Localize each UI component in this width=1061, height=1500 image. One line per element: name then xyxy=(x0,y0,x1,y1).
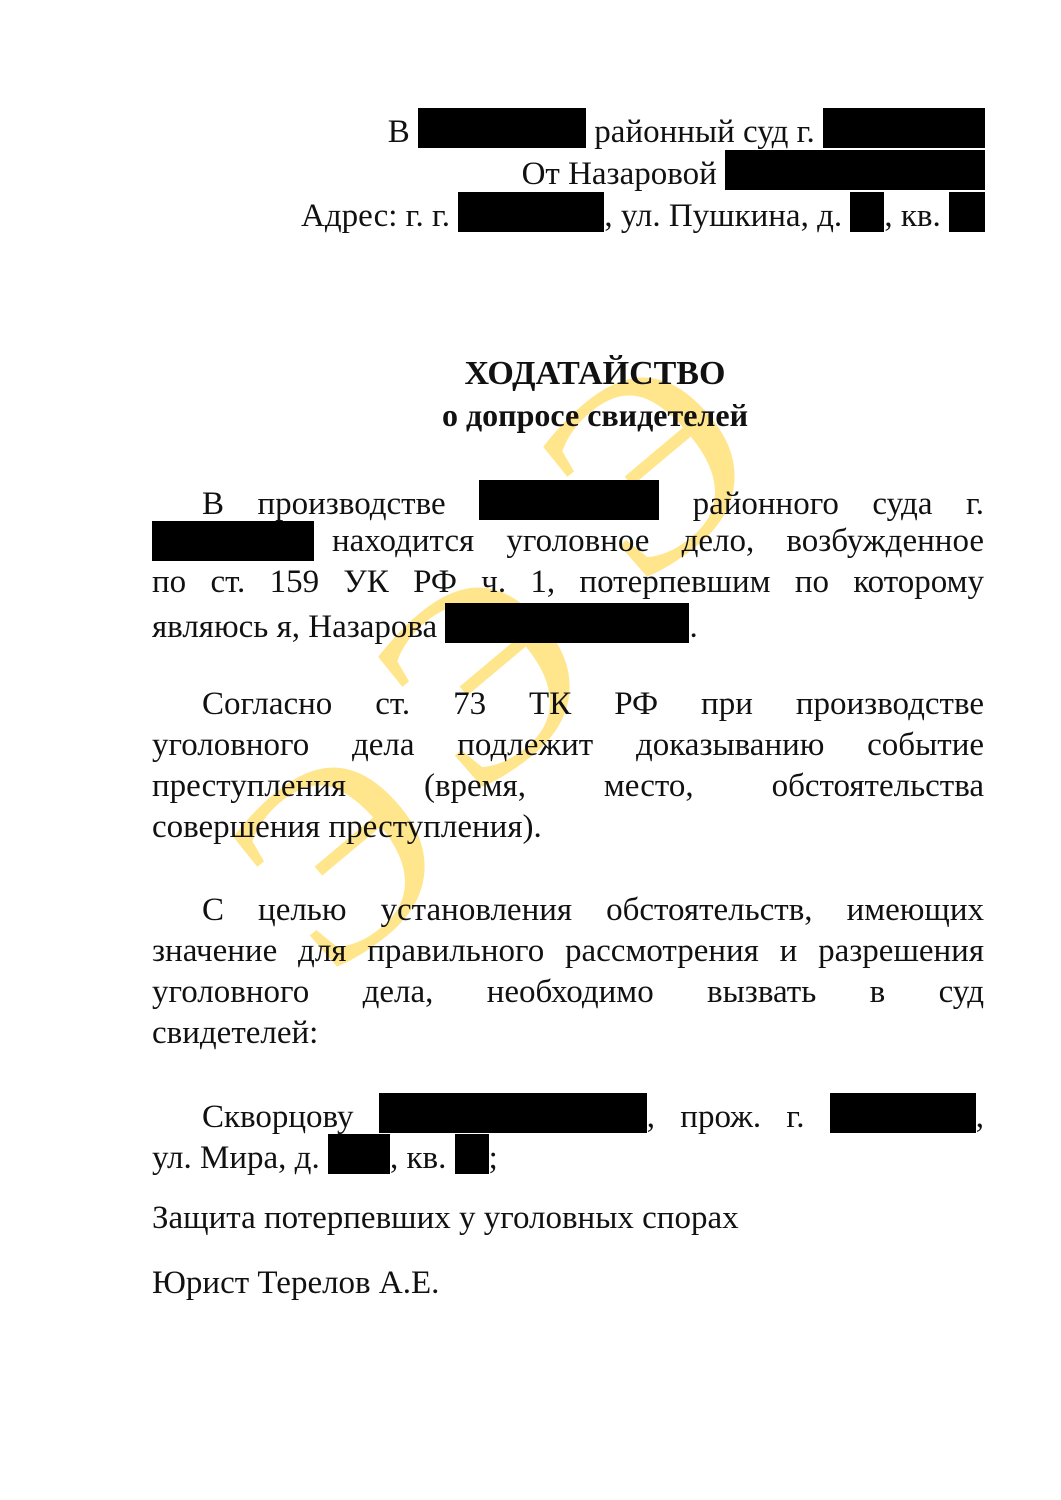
redaction-box xyxy=(725,150,985,190)
redaction-box xyxy=(445,603,689,643)
header-street: , ул. Пушкина, д. xyxy=(604,198,842,234)
header-from: От Назаровой xyxy=(522,156,717,192)
paragraph-line: преступления (время, место, обстоятельст… xyxy=(152,766,984,807)
header-court-line: В районный суд г. xyxy=(388,108,985,153)
footer-organization: Защита потерпевших у уголовных спорах xyxy=(152,1200,739,1237)
redaction-box xyxy=(850,192,884,232)
header-apt: , кв. xyxy=(884,198,940,234)
redaction-box xyxy=(479,480,659,520)
redaction-box xyxy=(830,1093,976,1133)
redaction-box xyxy=(328,1134,390,1174)
header-address-line: Адрес: г. г. , ул. Пушкина, д. , кв. xyxy=(301,192,985,237)
paragraph-line: значение для правильного рассмотрения и … xyxy=(152,931,984,972)
paragraph-line: Скворцову , прож. г. , xyxy=(152,1093,984,1134)
paragraph-line: по ст. 159 УК РФ ч. 1, потерпевшим по ко… xyxy=(152,562,984,603)
paragraph-line: находится уголовное дело, возбужденное xyxy=(152,521,984,562)
paragraph-line: являюсь я, Назарова . xyxy=(152,603,984,644)
paragraph-proceedings: В производстве районного суда г. находит… xyxy=(152,480,984,644)
paragraph-line: совершения преступления). xyxy=(152,807,984,848)
header-address: Адрес: г. г. xyxy=(301,198,450,234)
witness-entry: Скворцову , прож. г. , ул. Мира, д. , кв… xyxy=(152,1093,984,1175)
redaction-box xyxy=(823,108,985,148)
paragraph-line: уголовного дела, необходимо вызвать в су… xyxy=(152,972,984,1013)
redaction-box xyxy=(455,1134,489,1174)
redaction-box xyxy=(949,192,985,232)
paragraph-line: Согласно ст. 73 ТК РФ при производстве xyxy=(152,684,984,725)
redaction-box xyxy=(379,1093,647,1133)
footer-signature: Юрист Терелов А.Е. xyxy=(152,1265,439,1302)
paragraph-purpose: С целью установления обстоятельств, имею… xyxy=(152,890,984,1054)
document-title: ХОДАТАЙСТВО xyxy=(130,355,1060,393)
header-from-line: От Назаровой xyxy=(522,150,985,195)
document-page: В районный суд г. От Назаровой Адрес: г.… xyxy=(0,0,1061,1500)
paragraph-line: С целью установления обстоятельств, имею… xyxy=(152,890,984,931)
header-court: районный суд г. xyxy=(594,114,814,150)
paragraph-article-73: Согласно ст. 73 ТК РФ при производстве у… xyxy=(152,684,984,848)
paragraph-line: ул. Мира, д. , кв. ; xyxy=(152,1134,984,1175)
paragraph-line: свидетелей: xyxy=(152,1013,984,1054)
paragraph-line: уголовного дела подлежит доказыванию соб… xyxy=(152,725,984,766)
redaction-box xyxy=(152,521,314,561)
redaction-box xyxy=(418,108,586,148)
paragraph-line: В производстве районного суда г. xyxy=(152,480,984,521)
header-prefix: В xyxy=(388,114,410,150)
document-subtitle: о допросе свидетелей xyxy=(130,397,1060,434)
redaction-box xyxy=(458,192,604,232)
